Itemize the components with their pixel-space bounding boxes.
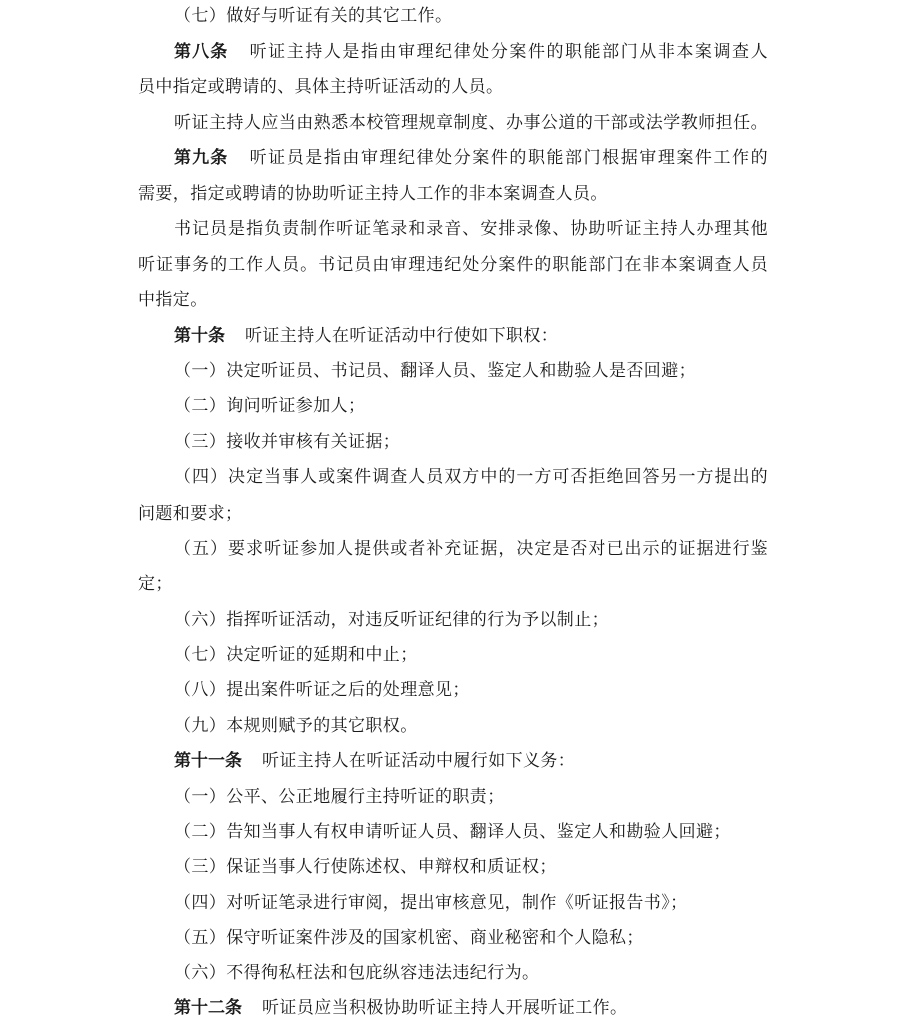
article-9-paragraph-2-cont: 听证事务的工作人员。书记员由审理违纪处分案件的职能部门在非本案调查人员 <box>138 253 768 277</box>
article-heading: 第九条 <box>174 148 228 168</box>
line-text: （五）保守听证案件涉及的国家机密、商业秘密和个人隐私； <box>174 928 644 948</box>
line-text: （八）提出案件听证之后的处理意见； <box>174 680 470 700</box>
line-text: （九）本规则赋予的其它职权。 <box>174 716 418 736</box>
line-text: 员中指定或聘请的、具体主持听证活动的人员。 <box>138 77 503 97</box>
line-text: （三）保证当事人行使陈述权、申辩权和质证权； <box>174 857 557 877</box>
article-8-heading-line: 第八条听证主持人是指由审理纪律处分案件的职能部门从非本案调查人 <box>174 40 768 64</box>
line-text: 定； <box>138 574 173 594</box>
article-10-item-4-cont: 问题和要求； <box>138 502 768 526</box>
article-11-heading-line: 第十一条听证主持人在听证活动中履行如下义务： <box>174 749 768 773</box>
article-9-continuation: 需要，指定或聘请的协助听证主持人工作的非本案调查人员。 <box>138 182 768 206</box>
article-8-paragraph-2: 听证主持人应当由熟悉本校管理规章制度、办事公道的干部或法学教师担任。 <box>174 111 768 135</box>
line-text: 听证事务的工作人员。书记员由审理违纪处分案件的职能部门在非本案调查人员 <box>138 255 768 275</box>
article-heading: 第十二条 <box>174 998 242 1018</box>
article-9-heading-line: 第九条听证员是指由审理纪律处分案件的职能部门根据审理案件工作的 <box>174 146 768 170</box>
article-10-item-2: （二）询问听证参加人； <box>174 394 768 418</box>
article-heading: 第八条 <box>174 42 228 62</box>
article-12-heading-line: 第十二条听证员应当积极协助听证主持人开展听证工作。 <box>174 996 768 1018</box>
article-10-item-8: （八）提出案件听证之后的处理意见； <box>174 678 768 702</box>
article-9-paragraph-2: 书记员是指负责制作听证笔录和录音、安排录像、协助听证主持人办理其他 <box>174 217 768 241</box>
article-10-item-1: （一）决定听证员、书记员、翻译人员、鉴定人和勘验人是否回避； <box>174 359 768 383</box>
line-text: （一）公平、公正地履行主持听证的职责； <box>174 787 505 807</box>
line-text: 听证员是指由审理纪律处分案件的职能部门根据审理案件工作的 <box>248 148 768 168</box>
article-heading: 第十一条 <box>174 751 242 771</box>
article-10-item-6: （六）指挥听证活动，对违反听证纪律的行为予以制止； <box>174 608 768 632</box>
line-text: （六）指挥听证活动，对违反听证纪律的行为予以制止； <box>174 610 609 630</box>
line-text: 听证员应当积极协助听证主持人开展听证工作。 <box>262 998 627 1018</box>
article-11-item-5: （五）保守听证案件涉及的国家机密、商业秘密和个人隐私； <box>174 926 768 950</box>
article-heading: 第十条 <box>174 326 225 346</box>
article-11-item-3: （三）保证当事人行使陈述权、申辩权和质证权； <box>174 855 768 879</box>
line-text: 中指定。 <box>138 290 208 310</box>
line-text: 听证主持人是指由审理纪律处分案件的职能部门从非本案调查人 <box>248 42 768 62</box>
line-text: 听证主持人应当由熟悉本校管理规章制度、办事公道的干部或法学教师担任。 <box>174 113 768 133</box>
article-10-item-4: （四）决定当事人或案件调查人员双方中的一方可否拒绝回答另一方提出的 <box>174 465 768 489</box>
line-text: （二）告知当事人有权申请听证人员、翻译人员、鉴定人和勘验人回避； <box>174 822 731 842</box>
article-8-continuation: 员中指定或聘请的、具体主持听证活动的人员。 <box>138 75 768 99</box>
line-text: （四）决定当事人或案件调查人员双方中的一方可否拒绝回答另一方提出的 <box>174 467 768 487</box>
article-11-item-4: （四）对听证笔录进行审阅，提出审核意见，制作《听证报告书》； <box>174 891 768 915</box>
line-text: 问题和要求； <box>138 504 242 524</box>
article-10-item-5: （五）要求听证参加人提供或者补充证据，决定是否对已出示的证据进行鉴 <box>174 537 768 561</box>
article-11-item-1: （一）公平、公正地履行主持听证的职责； <box>174 785 768 809</box>
line-text: 需要，指定或聘请的协助听证主持人工作的非本案调查人员。 <box>138 184 608 204</box>
clause-item-7: （七）做好与听证有关的其它工作。 <box>174 4 768 28</box>
line-text: 听证主持人在听证活动中行使如下职权： <box>245 326 558 346</box>
article-10-item-7: （七）决定听证的延期和中止； <box>174 643 768 667</box>
line-text: （五）要求听证参加人提供或者补充证据，决定是否对已出示的证据进行鉴 <box>174 539 768 559</box>
article-11-item-6: （六）不得徇私枉法和包庇纵容违法违纪行为。 <box>174 961 768 985</box>
line-text: （三）接收并审核有关证据； <box>174 432 400 452</box>
line-text: 书记员是指负责制作听证笔录和录音、安排录像、协助听证主持人办理其他 <box>174 219 768 239</box>
article-10-item-9: （九）本规则赋予的其它职权。 <box>174 714 768 738</box>
line-text: （一）决定听证员、书记员、翻译人员、鉴定人和勘验人是否回避； <box>174 361 696 381</box>
article-10-item-5-cont: 定； <box>138 572 768 596</box>
article-10-item-3: （三）接收并审核有关证据； <box>174 430 768 454</box>
article-10-heading-line: 第十条听证主持人在听证活动中行使如下职权： <box>174 324 768 348</box>
line-text: （四）对听证笔录进行审阅，提出审核意见，制作《听证报告书》； <box>174 893 688 913</box>
line-text: （七）做好与听证有关的其它工作。 <box>174 6 452 26</box>
line-text: （六）不得徇私枉法和包庇纵容违法违纪行为。 <box>174 963 539 983</box>
line-text: （七）决定听证的延期和中止； <box>174 645 418 665</box>
article-9-paragraph-2-end: 中指定。 <box>138 288 768 312</box>
line-text: （二）询问听证参加人； <box>174 396 365 416</box>
article-11-item-2: （二）告知当事人有权申请听证人员、翻译人员、鉴定人和勘验人回避； <box>174 820 768 844</box>
line-text: 听证主持人在听证活动中履行如下义务： <box>262 751 575 771</box>
document-page: （七）做好与听证有关的其它工作。 第八条听证主持人是指由审理纪律处分案件的职能部… <box>0 0 900 1018</box>
